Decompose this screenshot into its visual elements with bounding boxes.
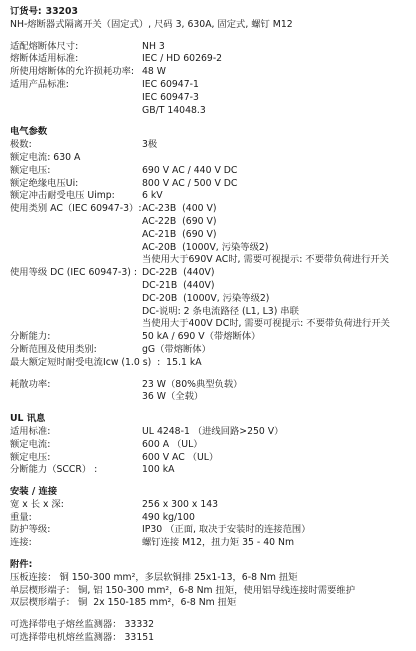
spec-value: gG（带熔断体） bbox=[142, 344, 408, 357]
spec-value: 6 kV bbox=[142, 190, 408, 203]
spec-row: 连接:螺钉连接 M12，扭力矩 35 - 40 Nm bbox=[10, 537, 408, 550]
spec-row: 熔断体适用标准:IEC / HD 60269-2 bbox=[10, 53, 408, 66]
spec-sections: 适配熔断体尺寸:NH 3熔断体适用标准:IEC / HD 60269-2所使用熔… bbox=[10, 41, 408, 645]
spec-label: 适用标准: bbox=[10, 426, 142, 439]
spec-text-row: 压板连接： 铜 150-300 mm²，多层软铜排 25x1-13，6-8 Nm… bbox=[10, 572, 408, 585]
spec-value: 690 V AC / 440 V DC bbox=[142, 165, 408, 178]
section-4: 附件:压板连接： 铜 150-300 mm²，多层软铜排 25x1-13，6-8… bbox=[10, 559, 408, 645]
spec-row: 额定电压:690 V AC / 440 V DC bbox=[10, 165, 408, 178]
spec-value: 当使用大于400V DC时, 需要可视提示: 不要带负荷进行开关 bbox=[142, 318, 408, 331]
spec-label: 额定绝缘电压Ui: bbox=[10, 178, 142, 191]
spec-value: NH 3 bbox=[142, 41, 408, 54]
spec-text-row: 最大额定短时耐受电流Icw (1.0 s) : 15.1 kA bbox=[10, 357, 408, 370]
section-3: 安装 / 连接宽 x 长 x 深:256 x 300 x 143重量:490 k… bbox=[10, 486, 408, 550]
spec-row: 使用类别 AC（IEC 60947-3）:AC-23B (400 V)AC-22… bbox=[10, 203, 408, 267]
spec-label: 分断能力（SCCR） : bbox=[10, 464, 142, 477]
order-number-label: 订货号: bbox=[10, 6, 42, 19]
order-number-row: 订货号: 33203 bbox=[10, 6, 408, 19]
spec-text-row: 双层楔形端子： 铜 2x 150-185 mm²，6-8 Nm 扭矩 bbox=[10, 597, 408, 610]
spec-values: IP30 （正面, 取决于安装时的连接范围） bbox=[142, 524, 408, 537]
spec-label: 连接: bbox=[10, 537, 142, 550]
spec-row: 分断范围及使用类别:gG（带熔断体） bbox=[10, 344, 408, 357]
section-title: 电气参数 bbox=[10, 126, 408, 139]
spec-value: 800 V AC / 500 V DC bbox=[142, 178, 408, 191]
spec-values: 3极 bbox=[142, 139, 408, 152]
spec-row: 额定电压:600 V AC （UL） bbox=[10, 452, 408, 465]
spec-value: DC-20B (1000V, 污染等级2) bbox=[142, 293, 408, 306]
section-1: 电气参数极数:3极额定电流: 630 A额定电压:690 V AC / 440 … bbox=[10, 126, 408, 404]
section-title: 安装 / 连接 bbox=[10, 486, 408, 499]
spec-label: 使用类别 AC（IEC 60947-3）: bbox=[10, 203, 142, 216]
spec-row: 使用等级 DC (IEC 60947-3) :DC-22B (440V)DC-2… bbox=[10, 267, 408, 331]
spec-row: 分断能力:50 kA / 690 V（带熔断体） bbox=[10, 331, 408, 344]
spec-row: 适用标准:UL 4248-1 （进线回路>250 V） bbox=[10, 426, 408, 439]
spec-label: 适用产品标准: bbox=[10, 79, 142, 92]
spec-text-row: 可选择带电子熔丝监测器： 33332 bbox=[10, 619, 408, 632]
spec-label: 使用等级 DC (IEC 60947-3) : bbox=[10, 267, 142, 280]
spec-value: DC-22B (440V) bbox=[142, 267, 408, 280]
spec-row: 耗散功率:23 W（80%典型负载）36 W（全载） bbox=[10, 379, 408, 405]
spec-row: 宽 x 长 x 深:256 x 300 x 143 bbox=[10, 499, 408, 512]
spec-label: 额定电流: bbox=[10, 439, 142, 452]
section-0: 适配熔断体尺寸:NH 3熔断体适用标准:IEC / HD 60269-2所使用熔… bbox=[10, 41, 408, 118]
spec-value: 当使用大于690V AC时, 需要可视提示: 不要带负荷进行开关 bbox=[142, 254, 408, 267]
spec-values: DC-22B (440V)DC-21B (440V)DC-20B (1000V,… bbox=[142, 267, 408, 331]
spec-row: 适用产品标准:IEC 60947-1IEC 60947-3GB/T 14048.… bbox=[10, 79, 408, 117]
spec-row: 分断能力（SCCR） :100 kA bbox=[10, 464, 408, 477]
spec-label: 分断范围及使用类别: bbox=[10, 344, 142, 357]
spec-text-row: 可选择带电机熔丝监测器： 33151 bbox=[10, 632, 408, 645]
spec-label: 额定电压: bbox=[10, 452, 142, 465]
spec-value: IEC / HD 60269-2 bbox=[142, 53, 408, 66]
datasheet-page: 订货号: 33203 NH-熔断器式隔离开关（固定式）, 尺码 3, 630A,… bbox=[0, 0, 416, 651]
spec-value: AC-21B (690 V) bbox=[142, 229, 408, 242]
spec-value: AC-23B (400 V) bbox=[142, 203, 408, 216]
spec-value: 600 V AC （UL） bbox=[142, 452, 408, 465]
spec-text-row: 单层楔形端子： 铜, 铝 150-300 mm²，6-8 Nm 扭矩，使用铝导线… bbox=[10, 585, 408, 598]
spec-values: 800 V AC / 500 V DC bbox=[142, 178, 408, 191]
spec-values: gG（带熔断体） bbox=[142, 344, 408, 357]
spec-value: GB/T 14048.3 bbox=[142, 105, 408, 118]
spec-value: IEC 60947-3 bbox=[142, 92, 408, 105]
spec-label: 极数: bbox=[10, 139, 142, 152]
spec-value: 50 kA / 690 V（带熔断体） bbox=[142, 331, 408, 344]
spec-row: 所使用熔断体的允许损耗功率:48 W bbox=[10, 66, 408, 79]
spec-row: 防护等级:IP30 （正面, 取决于安装时的连接范围） bbox=[10, 524, 408, 537]
spec-row: 适配熔断体尺寸:NH 3 bbox=[10, 41, 408, 54]
spec-value: 螺钉连接 M12，扭力矩 35 - 40 Nm bbox=[142, 537, 408, 550]
section-title: 附件: bbox=[10, 559, 408, 572]
spec-values: 50 kA / 690 V（带熔断体） bbox=[142, 331, 408, 344]
spec-values: 100 kA bbox=[142, 464, 408, 477]
spec-values: UL 4248-1 （进线回路>250 V） bbox=[142, 426, 408, 439]
spec-values: AC-23B (400 V)AC-22B (690 V)AC-21B (690 … bbox=[142, 203, 408, 267]
spec-row: 额定电流:600 A （UL） bbox=[10, 439, 408, 452]
spec-value: DC-说明: 2 条电流路径 (L1, L3) 串联 bbox=[142, 306, 408, 319]
spacer bbox=[10, 370, 408, 379]
spec-value: AC-22B (690 V) bbox=[142, 216, 408, 229]
spec-value: 490 kg/100 bbox=[142, 512, 408, 525]
spec-value: 36 W（全载） bbox=[142, 391, 408, 404]
spec-value: 3极 bbox=[142, 139, 408, 152]
section-title: UL 讯息 bbox=[10, 413, 408, 426]
spec-label: 熔断体适用标准: bbox=[10, 53, 142, 66]
spec-row: 极数:3极 bbox=[10, 139, 408, 152]
spec-value: IP30 （正面, 取决于安装时的连接范围） bbox=[142, 524, 408, 537]
spec-label: 防护等级: bbox=[10, 524, 142, 537]
spec-values: 490 kg/100 bbox=[142, 512, 408, 525]
spec-value: 600 A （UL） bbox=[142, 439, 408, 452]
spec-row: 重量:490 kg/100 bbox=[10, 512, 408, 525]
spec-value: 23 W（80%典型负载） bbox=[142, 379, 408, 392]
spec-label: 宽 x 长 x 深: bbox=[10, 499, 142, 512]
spec-row: 额定冲击耐受电压 Uimp:6 kV bbox=[10, 190, 408, 203]
spec-values: 600 V AC （UL） bbox=[142, 452, 408, 465]
spec-row: 额定绝缘电压Ui:800 V AC / 500 V DC bbox=[10, 178, 408, 191]
spec-values: 6 kV bbox=[142, 190, 408, 203]
spec-label: 额定电压: bbox=[10, 165, 142, 178]
spec-label: 重量: bbox=[10, 512, 142, 525]
spec-values: 600 A （UL） bbox=[142, 439, 408, 452]
spec-values: 256 x 300 x 143 bbox=[142, 499, 408, 512]
spec-text-row: 额定电流: 630 A bbox=[10, 152, 408, 165]
spec-label: 所使用熔断体的允许损耗功率: bbox=[10, 66, 142, 79]
section-2: UL 讯息适用标准:UL 4248-1 （进线回路>250 V）额定电流:600… bbox=[10, 413, 408, 477]
spacer bbox=[10, 610, 408, 619]
spec-value: AC-20B (1000V, 污染等级2) bbox=[142, 242, 408, 255]
spec-values: 690 V AC / 440 V DC bbox=[142, 165, 408, 178]
spec-value: DC-21B (440V) bbox=[142, 280, 408, 293]
spec-values: 48 W bbox=[142, 66, 408, 79]
spec-values: 螺钉连接 M12，扭力矩 35 - 40 Nm bbox=[142, 537, 408, 550]
spec-value: 100 kA bbox=[142, 464, 408, 477]
spec-values: NH 3 bbox=[142, 41, 408, 54]
spec-value: 256 x 300 x 143 bbox=[142, 499, 408, 512]
spec-label: 分断能力: bbox=[10, 331, 142, 344]
order-number-value: 33203 bbox=[46, 6, 78, 19]
spec-value: 48 W bbox=[142, 66, 408, 79]
spec-values: 23 W（80%典型负载）36 W（全载） bbox=[142, 379, 408, 405]
spec-values: IEC 60947-1IEC 60947-3GB/T 14048.3 bbox=[142, 79, 408, 117]
product-title: NH-熔断器式隔离开关（固定式）, 尺码 3, 630A, 固定式, 螺钉 M1… bbox=[10, 19, 408, 32]
spec-label: 耗散功率: bbox=[10, 379, 142, 392]
spec-value: UL 4248-1 （进线回路>250 V） bbox=[142, 426, 408, 439]
spec-value: IEC 60947-1 bbox=[142, 79, 408, 92]
spec-values: IEC / HD 60269-2 bbox=[142, 53, 408, 66]
spec-label: 额定冲击耐受电压 Uimp: bbox=[10, 190, 142, 203]
spec-label: 适配熔断体尺寸: bbox=[10, 41, 142, 54]
